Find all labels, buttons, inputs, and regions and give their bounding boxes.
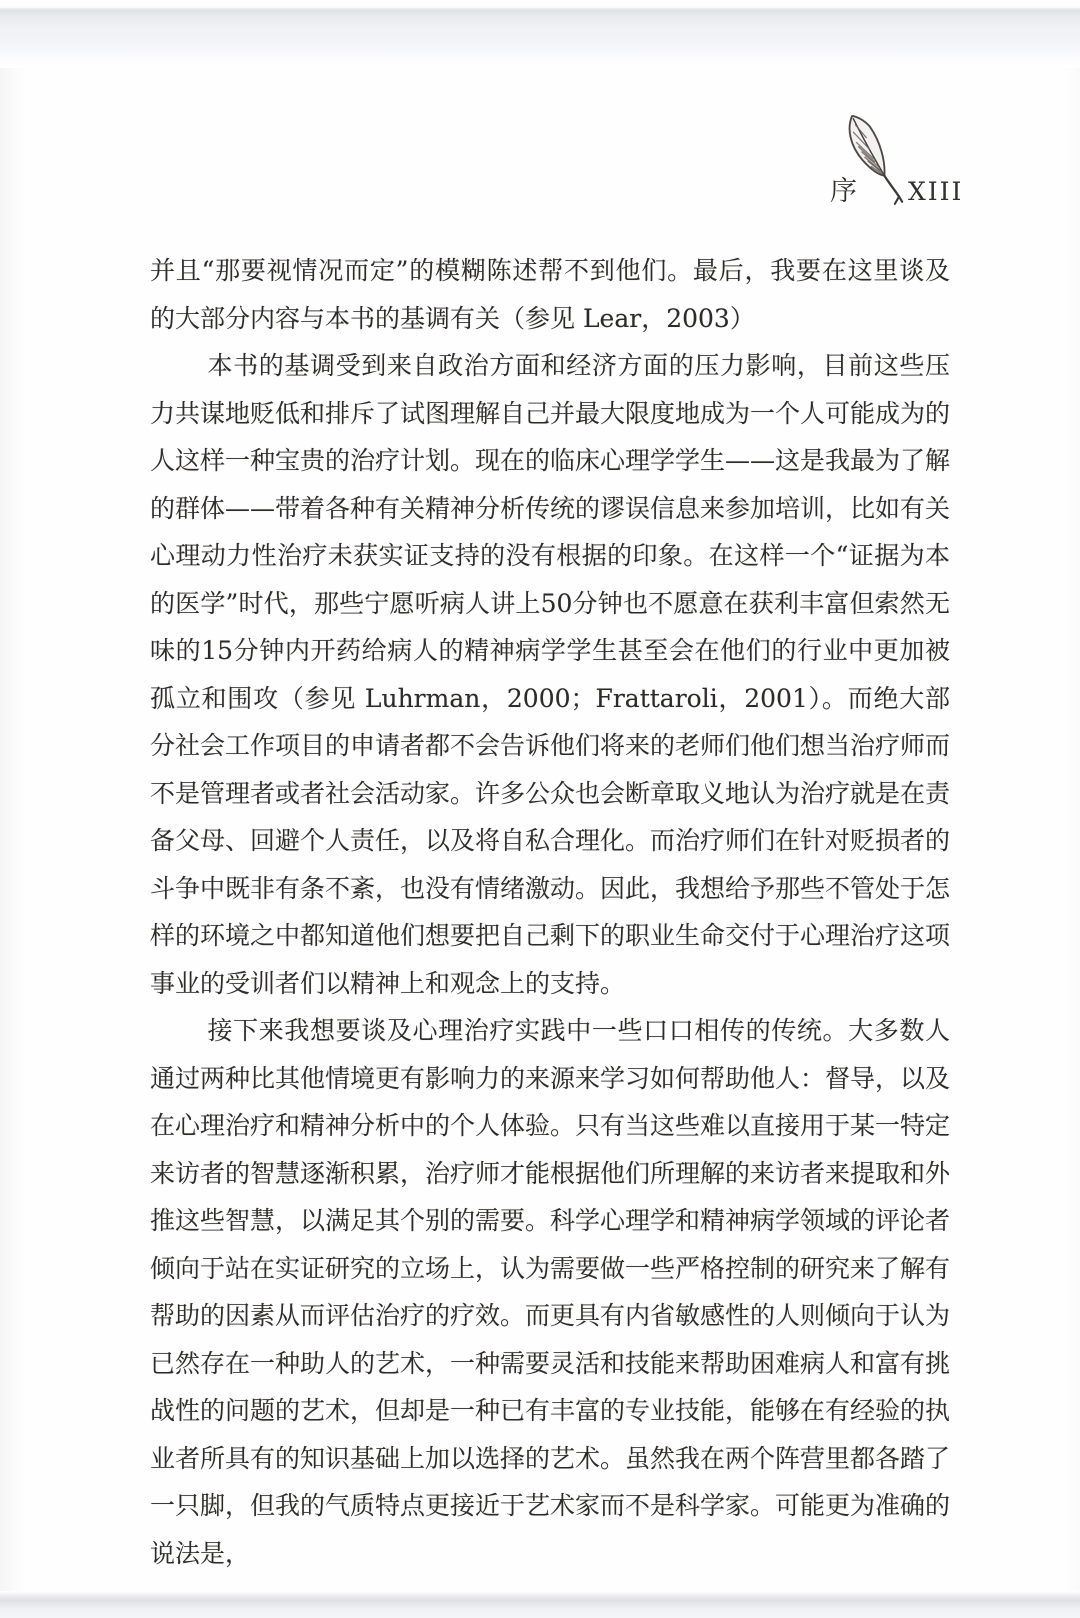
page-bottom-edge — [0, 1591, 1080, 1618]
page-body: 并且“那要视情况而定”的模糊陈述帮不到他们。最后，我要在这里谈及的大部分内容与本… — [150, 247, 950, 1577]
paragraph: 接下来我想要谈及心理治疗实践中一些口口相传的传统。大多数人通过两种比其他情境更有… — [150, 1007, 950, 1577]
page-top-edge — [0, 0, 1080, 68]
page-header: 序 XIII — [818, 112, 978, 208]
paragraph-continuation: 并且“那要视情况而定”的模糊陈述帮不到他们。最后，我要在这里谈及的大部分内容与本… — [150, 247, 950, 342]
page-number: XIII — [908, 177, 963, 206]
paragraph: 本书的基调受到来自政治方面和经济方面的压力影响，目前这些压力共谋地贬低和排斥了试… — [150, 342, 950, 1007]
document-photo: 序 XIII 并且“那要视情况而定”的模糊陈述帮不到他们。最后，我要在这里谈及的… — [0, 0, 1080, 1618]
quill-feather-icon — [842, 114, 908, 206]
